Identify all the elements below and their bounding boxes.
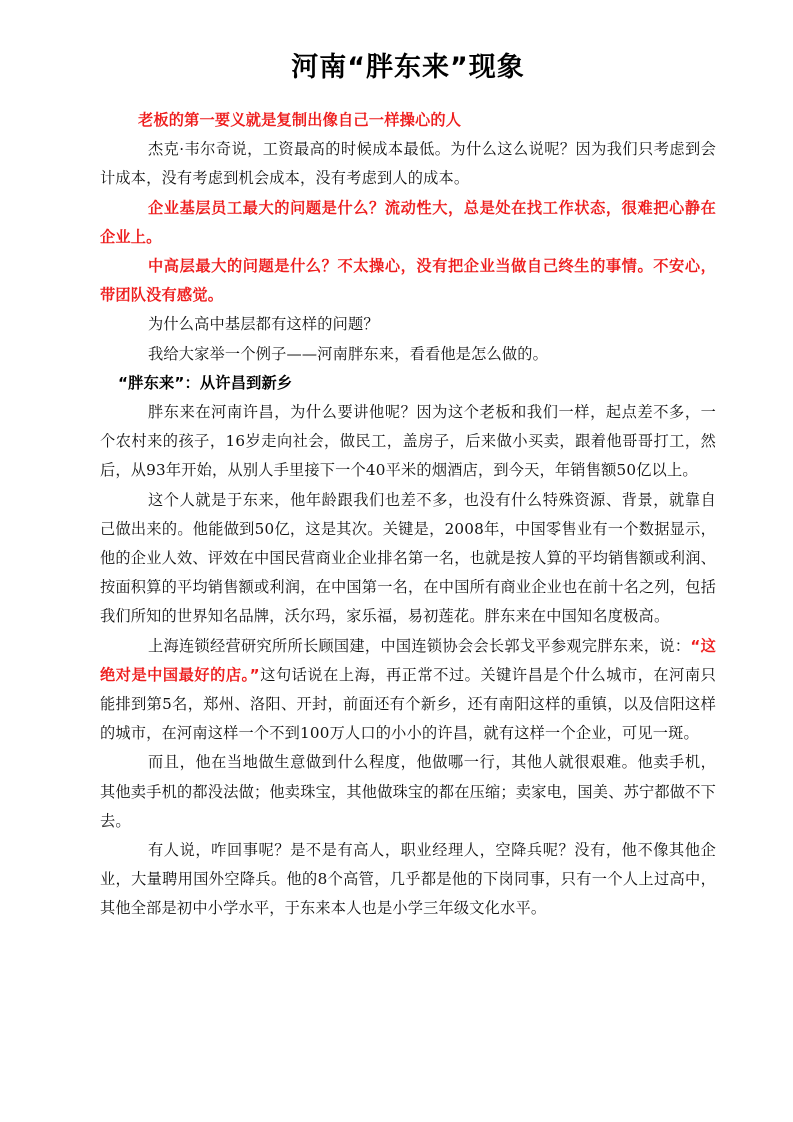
paragraph-executives: 有人说，咋回事呢？是不是有高人，职业经理人，空降兵呢？没有，他不像其他企业，大量… <box>100 836 716 924</box>
paragraph-origin: 胖东来在河南许昌，为什么要讲他呢？因为这个老板和我们一样，起点差不多，一个农村来… <box>100 398 716 486</box>
paragraph-yu-donglai: 这个人就是于东来，他年龄跟我们也差不多，也没有什么特殊资源、背景，就靠自己做出来… <box>100 486 716 632</box>
paragraph-question: 为什么高中基层都有这样的问题？ <box>100 310 716 339</box>
document-page: 河南“胖东来”现象 老板的第一要义就是复制出像自己一样操心的人 杰克·韦尔奇说，… <box>100 48 716 924</box>
paragraph-welch: 杰克·韦尔奇说，工资最高的时候成本最低。为什么这么说呢？因为我们只考虑到会计成本… <box>100 135 716 193</box>
paragraph-example: 我给大家举一个例子——河南胖东来，看看他是怎么做的。 <box>100 340 716 369</box>
paragraph-shanghai-quote: 上海连锁经营研究所所长顾国建，中国连锁协会会长郭戈平参观完胖东来，说：“这绝对是… <box>100 632 716 749</box>
paragraph-grassroots-problem: 企业基层员工最大的问题是什么？流动性大，总是处在找工作状态，很难把心静在企业上。 <box>100 194 716 252</box>
paragraph-middle-management-problem: 中高层最大的问题是什么？不太操心，没有把企业当做自己终生的事情。不安心，带团队没… <box>100 252 716 310</box>
subheading: 老板的第一要义就是复制出像自己一样操心的人 <box>100 106 716 135</box>
section-heading: “胖东来”：从许昌到新乡 <box>100 369 716 398</box>
document-title: 河南“胖东来”现象 <box>100 48 716 88</box>
paragraph-local-dominance: 而且，他在当地做生意做到什么程度，他做哪一行，其他人就很艰难。他卖手机，其他卖手… <box>100 748 716 836</box>
quote-lead: 上海连锁经营研究所所长顾国建，中国连锁协会会长郭戈平参观完胖东来，说： <box>148 637 690 655</box>
